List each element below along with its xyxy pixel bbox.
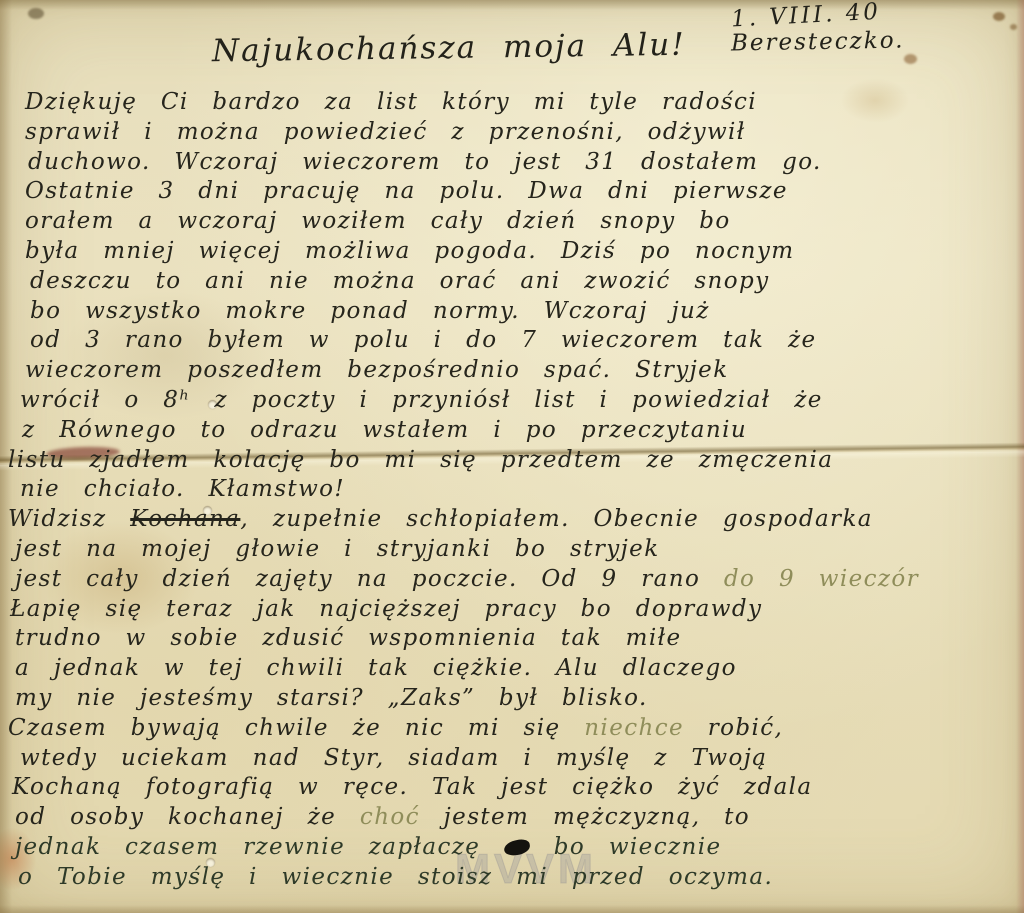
letter-text: Czasem bywają chwile że nic mi się	[8, 715, 584, 741]
letter-text: jestem mężczyzną, to	[420, 804, 750, 830]
letter-line: my nie jesteśmy starsi? „Zaks” był blisk…	[0, 684, 1014, 714]
letter-text: bo wiecznie	[530, 834, 721, 860]
letter-line: wrócił o 8ʰ z poczty i przyniósł list i …	[0, 386, 1014, 416]
letter-text: orałem a wczoraj woziłem cały dzień snop…	[25, 208, 731, 234]
letter-text: była mniej więcej możliwa pogoda. Dziś p…	[25, 238, 794, 264]
letter-line: a jednak w tej chwili tak ciężkie. Alu d…	[0, 654, 1014, 684]
letter-text: Ostatnie 3 dni pracuję na polu. Dwa dni …	[25, 178, 788, 204]
letter-line: wieczorem poszedłem bezpośrednio spać. S…	[0, 356, 1014, 386]
letter-text: Dziękuję Ci bardzo za list który mi tyle…	[25, 89, 757, 115]
letter-text: duchowo. Wczoraj wieczorem to jest 31 do…	[28, 149, 822, 175]
paper-edge-bottom	[0, 905, 1024, 913]
letter-text: wrócił o 8ʰ z poczty i przyniósł list i …	[20, 387, 823, 413]
letter-page: MVVM 1. VIII. 40 Beresteczko. Najukochań…	[0, 0, 1024, 913]
letter-line: Czasem bywają chwile że nic mi się niech…	[0, 714, 1014, 744]
letter-text: a jednak w tej chwili tak ciężkie. Alu d…	[15, 655, 737, 681]
letter-line: od 3 rano byłem w polu i do 7 wieczorem …	[0, 326, 1014, 356]
letter-line: była mniej więcej możliwa pogoda. Dziś p…	[0, 237, 1014, 267]
letter-text: wtedy uciekam nad Styr, siadam i myślę z…	[20, 745, 767, 771]
letter-text: niechce	[584, 715, 684, 741]
stain	[993, 12, 1005, 21]
letter-text: deszczu to ani nie można orać ani zwozić…	[30, 268, 770, 294]
letter-text: robić,	[684, 715, 783, 741]
letter-text: Łapię się teraz jak najcięższej pracy bo…	[10, 596, 762, 622]
letter-line: Widzisz Kochana, zupełnie schłopiałem. O…	[0, 505, 1014, 535]
letter-text: nie chciało. Kłamstwo!	[20, 476, 345, 502]
stain	[904, 54, 917, 64]
letter-text: Kochaną fotografią w ręce. Tak jest cięż…	[12, 774, 813, 800]
letter-line: sprawił i można powiedzieć z przenośni, …	[0, 118, 1014, 148]
letter-text: o Tobie myślę i wiecznie stoisz mi przed…	[18, 864, 773, 890]
letter-line: jest cały dzień zajęty na poczcie. Od 9 …	[0, 565, 1014, 595]
letter-text: choć	[360, 804, 420, 830]
letter-line: nie chciało. Kłamstwo!	[0, 475, 1014, 505]
letter-text: z Równego to odrazu wstałem i po przeczy…	[22, 417, 747, 443]
letter-line: trudno w sobie zdusić wspomnienia tak mi…	[0, 624, 1014, 654]
ink-blot	[503, 839, 531, 857]
letter-line: listu zjadłem kolację bo mi się przedtem…	[0, 446, 1014, 476]
letter-line: jest na mojej głowie i stryjanki bo stry…	[0, 535, 1014, 565]
letter-line: o Tobie myślę i wiecznie stoisz mi przed…	[0, 863, 1014, 893]
letter-line: duchowo. Wczoraj wieczorem to jest 31 do…	[0, 148, 1014, 178]
crossed-out-word: Kochana	[130, 506, 240, 532]
letter-text: do 9 wieczór	[724, 566, 919, 592]
letter-line: jednak czasem rzewnie zapłaczę bo wieczn…	[0, 833, 1014, 863]
letter-line: Dziękuję Ci bardzo za list który mi tyle…	[0, 88, 1014, 118]
letter-line: od osoby kochanej że choć jestem mężczyz…	[0, 803, 1014, 833]
letter-text: jednak czasem rzewnie zapłaczę	[15, 834, 504, 860]
letter-salutation: Najukochańsza moja Alu!	[212, 27, 686, 70]
letter-line: orałem a wczoraj woziłem cały dzień snop…	[0, 207, 1014, 237]
letter-text: od osoby kochanej że	[15, 804, 360, 830]
letter-line: bo wszystko mokre ponad normy. Wczoraj j…	[0, 297, 1014, 327]
letter-text: wieczorem poszedłem bezpośrednio spać. S…	[25, 357, 729, 383]
letter-text: jest na mojej głowie i stryjanki bo stry…	[15, 536, 660, 562]
letter-header: 1. VIII. 40 Beresteczko.	[731, 2, 904, 55]
letter-text: my nie jesteśmy starsi? „Zaks” był blisk…	[15, 685, 648, 711]
letter-text: jest cały dzień zajęty na poczcie. Od 9 …	[15, 566, 724, 592]
letter-line: z Równego to odrazu wstałem i po przeczy…	[0, 416, 1014, 446]
letter-body: Dziękuję Ci bardzo za list który mi tyle…	[0, 88, 1014, 893]
letter-place: Beresteczko.	[730, 27, 904, 56]
letter-line: Łapię się teraz jak najcięższej pracy bo…	[0, 595, 1014, 625]
letter-text: Widzisz	[8, 506, 130, 532]
letter-text: , zupełnie schłopiałem. Obecnie gospodar…	[240, 506, 873, 532]
letter-text: bo wszystko mokre ponad normy. Wczoraj j…	[30, 298, 710, 324]
letter-line: wtedy uciekam nad Styr, siadam i myślę z…	[0, 744, 1014, 774]
letter-line: Kochaną fotografią w ręce. Tak jest cięż…	[0, 773, 1014, 803]
letter-text: sprawił i można powiedzieć z przenośni, …	[25, 119, 746, 145]
letter-text: trudno w sobie zdusić wspomnienia tak mi…	[15, 625, 681, 651]
letter-text: listu zjadłem kolację bo mi się przedtem…	[8, 447, 833, 473]
letter-line: Ostatnie 3 dni pracuję na polu. Dwa dni …	[0, 177, 1014, 207]
letter-text: od 3 rano byłem w polu i do 7 wieczorem …	[30, 327, 817, 353]
letter-line: deszczu to ani nie można orać ani zwozić…	[0, 267, 1014, 297]
